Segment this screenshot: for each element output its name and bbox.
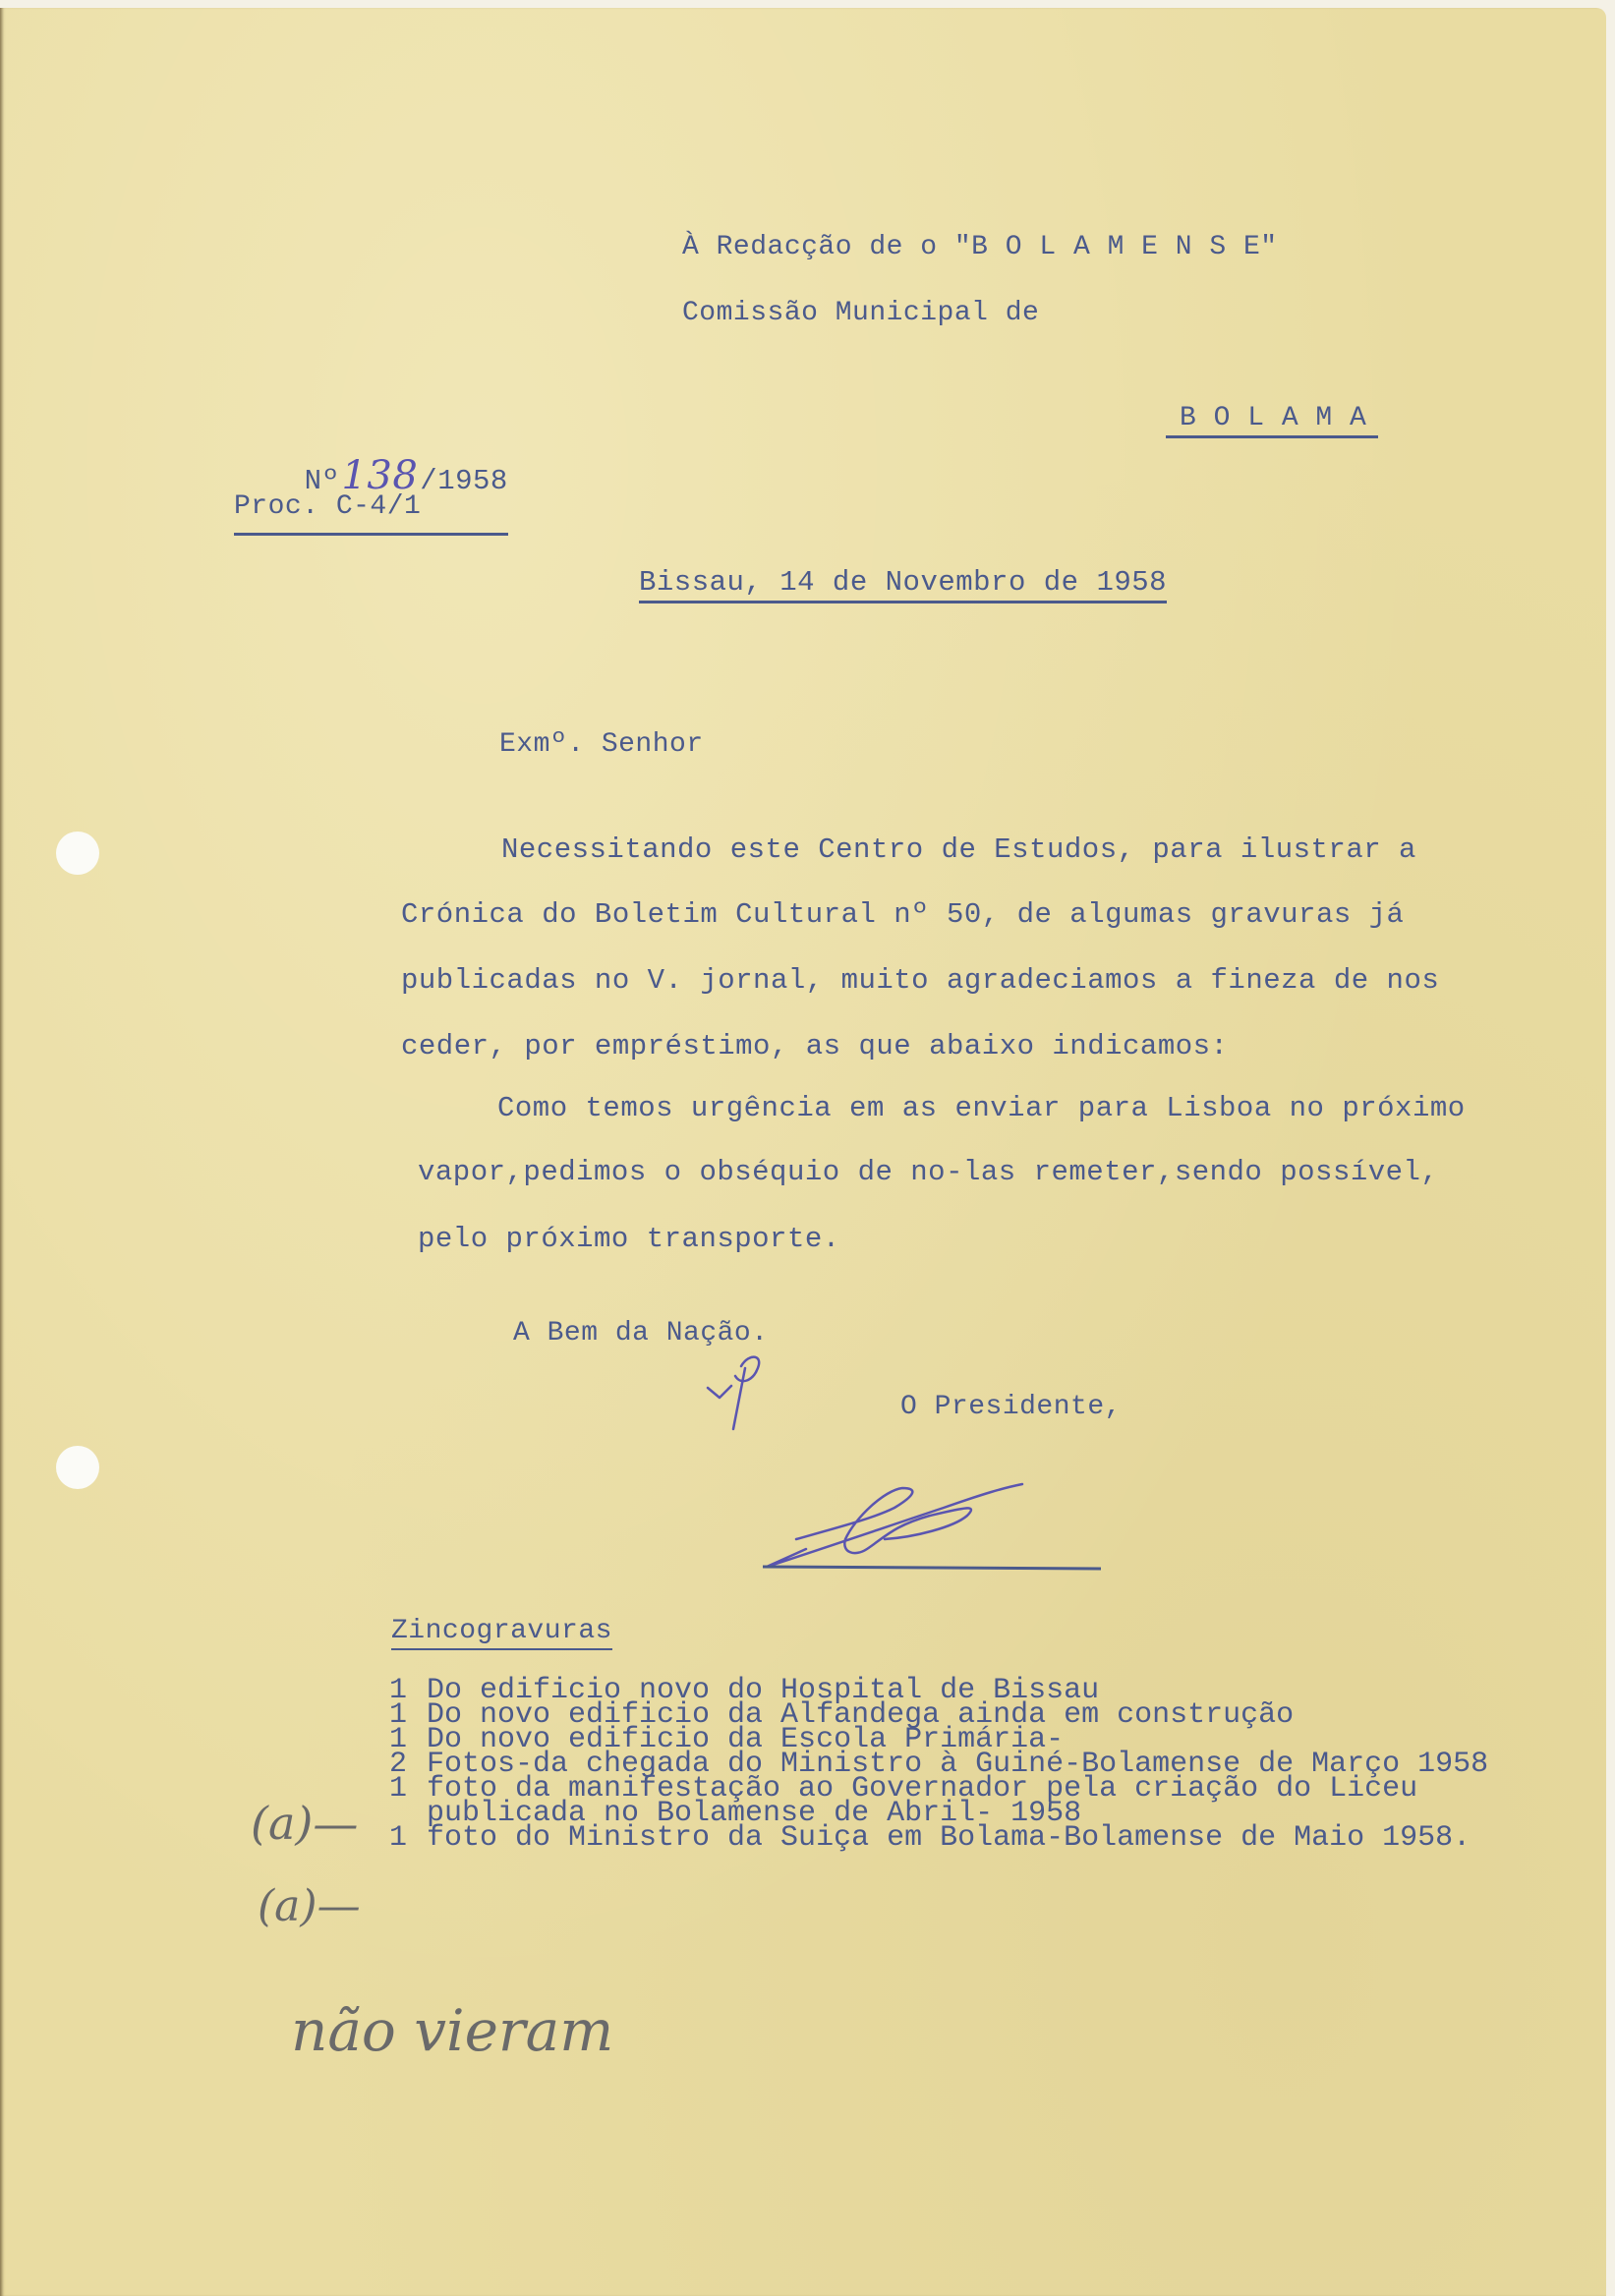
body-paragraph-1-line-2: Crónica do Boletim Cultural nº 50, de al… bbox=[401, 898, 1404, 931]
punch-hole-bottom bbox=[56, 1446, 99, 1489]
margin-annotation-2: (a)— bbox=[258, 1881, 361, 1931]
handwritten-note: não vieram bbox=[291, 1997, 613, 2064]
engravings-list: 1Do edificio novo do Hospital de Bissau … bbox=[389, 1679, 1488, 1851]
body-paragraph-2-line-3: pelo próximo transporte. bbox=[418, 1223, 840, 1255]
signatory-title: O Presidente, bbox=[900, 1392, 1122, 1422]
list-item: 1foto do Ministro da Suiça em Bolama-Bol… bbox=[389, 1826, 1488, 1851]
salutation: Exmº. Senhor bbox=[499, 729, 704, 760]
process-number: Proc. C-4/1 bbox=[234, 491, 421, 522]
closing-formula: A Bem da Nação. bbox=[513, 1318, 769, 1349]
place-date: Bissau, 14 de Novembro de 1958 bbox=[639, 566, 1167, 603]
list-heading: Zincogravuras bbox=[391, 1616, 612, 1650]
body-paragraph-1-line-1: Necessitando este Centro de Estudos, par… bbox=[501, 833, 1416, 866]
margin-annotation-1: (a)— bbox=[251, 1797, 358, 1850]
addressee-city: B O L A M A bbox=[1166, 403, 1378, 438]
addressee-line-1: À Redacção de o "B O L A M E N S E" bbox=[682, 232, 1278, 262]
signature-icon bbox=[649, 1468, 1121, 1606]
reference-year: /1958 bbox=[420, 465, 508, 497]
document-page: À Redacção de o "B O L A M E N S E" Comi… bbox=[0, 8, 1606, 2296]
initials-mark-icon bbox=[698, 1347, 777, 1435]
body-paragraph-1-line-4: ceder, por empréstimo, as que abaixo ind… bbox=[401, 1030, 1228, 1062]
body-paragraph-1-line-3: publicadas no V. jornal, muito agradecia… bbox=[401, 964, 1439, 997]
body-paragraph-2-line-2: vapor,pedimos o obséquio de no-las remet… bbox=[418, 1156, 1438, 1188]
punch-hole-top bbox=[56, 832, 99, 875]
body-paragraph-2-line-1: Como temos urgência em as enviar para Li… bbox=[497, 1092, 1466, 1124]
addressee-line-2: Comissão Municipal de bbox=[682, 298, 1039, 328]
